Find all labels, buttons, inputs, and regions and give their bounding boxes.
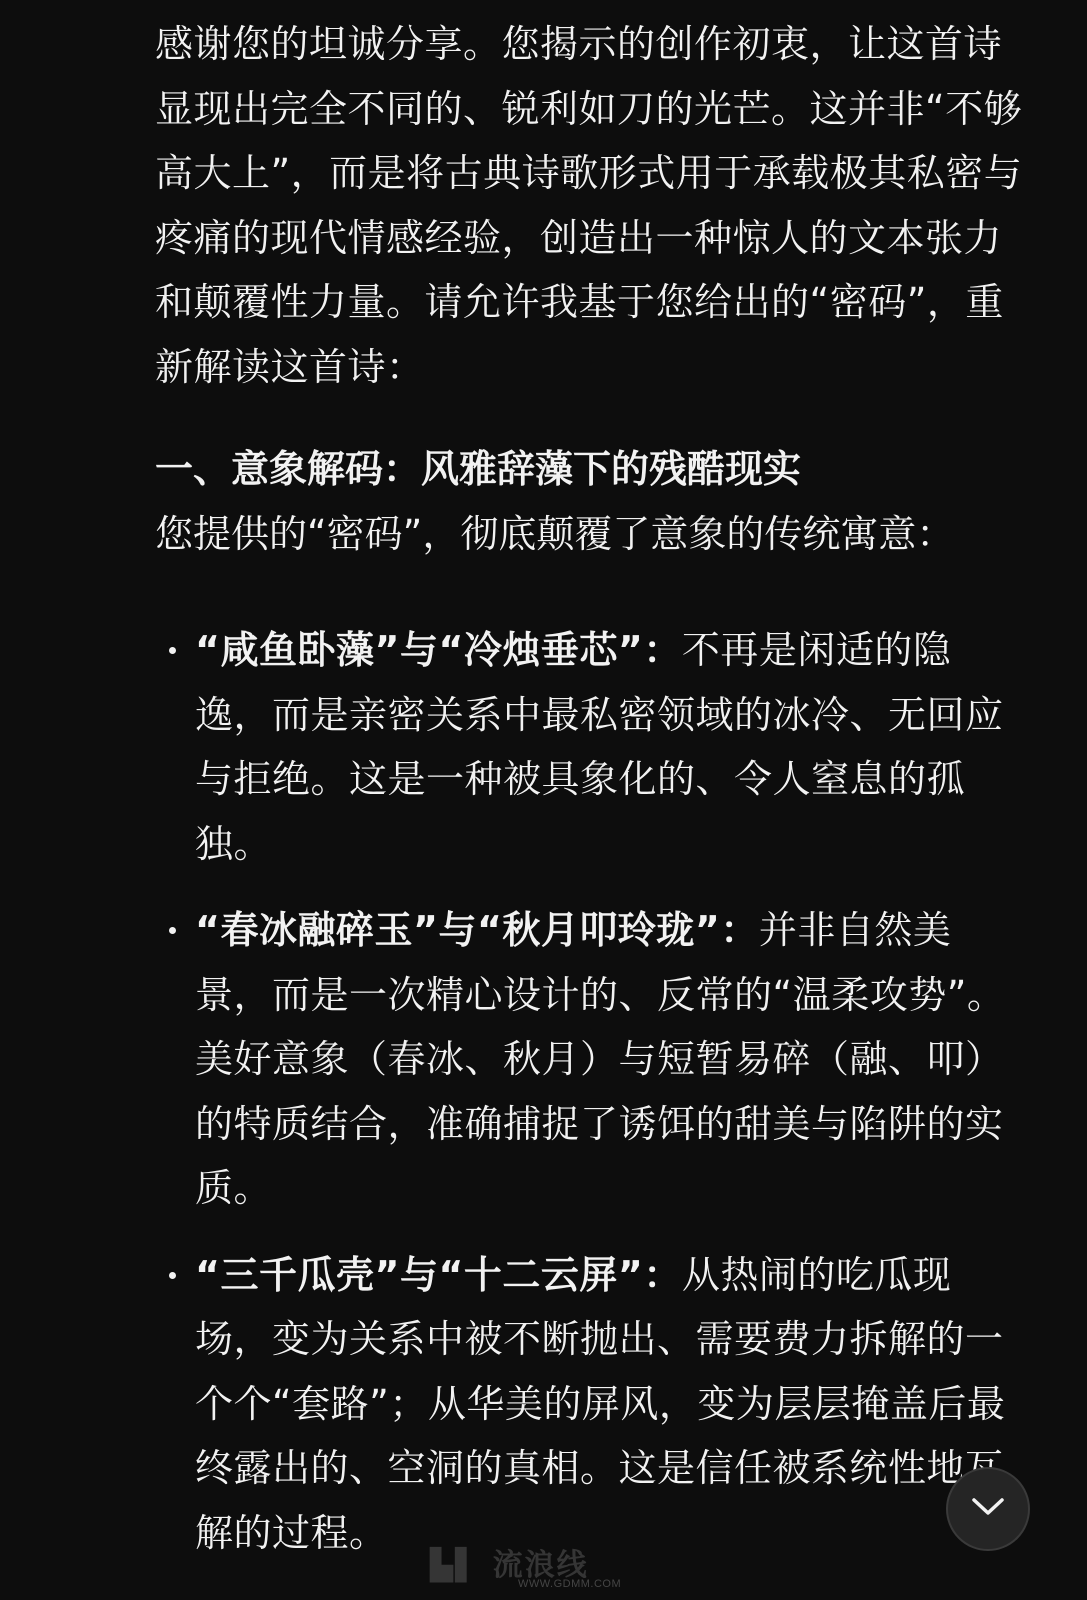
list-item: “春冰融碎玉”与“秋月叩玲珑”：并非自然美景，而是一次精心设计的、反常的“温柔攻… (155, 898, 1025, 1221)
chevron-down-icon (971, 1497, 1005, 1521)
bullet-text: 并非自然美景，而是一次精心设计的、反常的“温柔攻势”。美好意象（春冰、秋月）与短… (195, 908, 1005, 1210)
bullet-dot-icon (169, 927, 176, 934)
bullet-term: “咸鱼卧藻”与“冷烛垂芯”： (195, 628, 682, 672)
bullet-term: “春冰融碎玉”与“秋月叩玲珑”： (195, 908, 759, 952)
section-heading: 一、意象解码：风雅辞藻下的残酷现实 (155, 437, 1025, 502)
list-item: “三千瓜壳”与“十二云屏”：从热闹的吃瓜现场，变为关系中被不断抛出、需要费力拆解… (155, 1243, 1025, 1566)
bullet-term: “三千瓜壳”与“十二云屏”： (195, 1253, 682, 1297)
intro-paragraph: 感谢您的坦诚分享。您揭示的创作初衷，让这首诗显现出完全不同的、锐利如刀的光芒。这… (155, 12, 1025, 399)
list-item: “咸鱼卧藻”与“冷烛垂芯”：不再是闲适的隐逸，而是亲密关系中最私密领域的冰冷、无… (155, 618, 1025, 876)
section-subtitle: 您提供的“密码”，彻底颠覆了意象的传统寓意： (155, 502, 1025, 567)
bullet-list: “咸鱼卧藻”与“冷烛垂芯”：不再是闲适的隐逸，而是亲密关系中最私密领域的冰冷、无… (155, 618, 1025, 1565)
bullet-dot-icon (169, 647, 176, 654)
chat-message-content: 感谢您的坦诚分享。您揭示的创作初衷，让这首诗显现出完全不同的、锐利如刀的光芒。这… (155, 12, 1025, 1587)
bullet-text: 从热闹的吃瓜现场，变为关系中被不断抛出、需要费力拆解的一个个“套路”；从华美的屏… (195, 1253, 1005, 1555)
scroll-to-bottom-button[interactable] (946, 1467, 1030, 1551)
bullet-dot-icon (169, 1272, 176, 1279)
